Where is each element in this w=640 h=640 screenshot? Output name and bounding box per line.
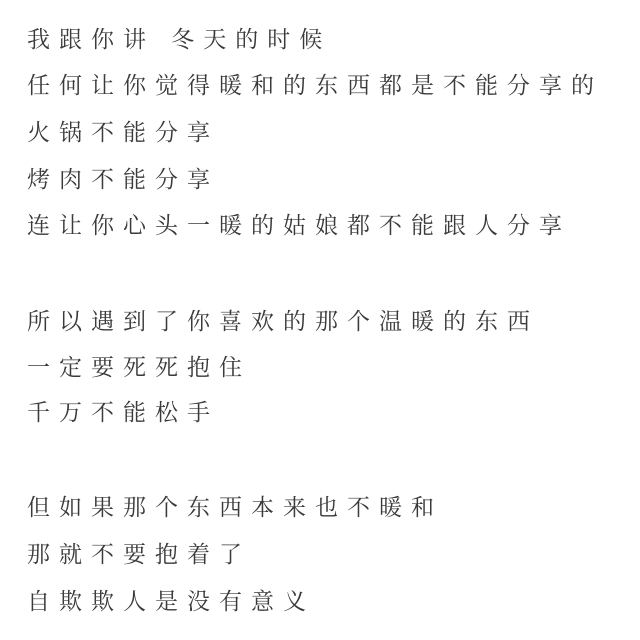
poem-line: 连让你心头一暖的姑娘都不能跟人分享 bbox=[27, 211, 571, 241]
text-image: 我跟你讲 冬天的时候 任何让你觉得暖和的东西都是不能分享的 火锅不能分享 烤肉不… bbox=[0, 0, 640, 640]
poem-line: 一定要死死抱住 bbox=[27, 353, 251, 383]
poem-line: 千万不能松手 bbox=[27, 398, 219, 428]
poem-line: 烤肉不能分享 bbox=[27, 165, 219, 195]
poem-line: 火锅不能分享 bbox=[27, 118, 219, 148]
poem-line: 但如果那个东西本来也不暖和 bbox=[27, 493, 443, 523]
poem-line: 那就不要抱着了 bbox=[27, 540, 251, 570]
poem-line: 我跟你讲 冬天的时候 bbox=[27, 25, 331, 55]
poem-line: 任何让你觉得暖和的东西都是不能分享的 bbox=[27, 71, 603, 101]
poem-line: 自欺欺人是没有意义 bbox=[27, 587, 315, 617]
poem-line: 所以遇到了你喜欢的那个温暖的东西 bbox=[27, 307, 539, 337]
